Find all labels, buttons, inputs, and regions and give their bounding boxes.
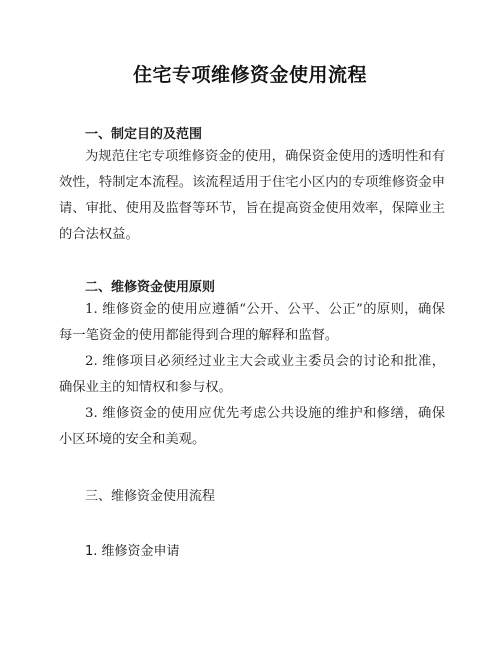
section-heading-principles: 二、维修资金使用原则 bbox=[85, 276, 215, 295]
paragraph-principle-2: 2. 维修项目必须经过业主大会或业主委员会的讨论和批准，确保业主的知情权和参与权… bbox=[59, 349, 445, 401]
section-heading-purpose: 一、制定目的及范围 bbox=[85, 123, 202, 142]
paragraph-purpose: 为规范住宅专项维修资金的使用，确保资金使用的透明性和有效性，特制定本流程。该流程… bbox=[59, 144, 445, 248]
subheading-application: 1. 维修资金申请 bbox=[85, 540, 180, 559]
document-page: 住宅专项维修资金使用流程 一、制定目的及范围 为规范住宅专项维修资金的使用，确保… bbox=[0, 0, 500, 647]
paragraph-principle-3: 3. 维修资金的使用应优先考虑公共设施的维护和修缮，确保小区环境的安全和美观。 bbox=[59, 401, 445, 453]
document-title: 住宅专项维修资金使用流程 bbox=[0, 60, 500, 87]
section-heading-process: 三、维修资金使用流程 bbox=[85, 485, 215, 504]
paragraph-principle-1: 1. 维修资金的使用应遵循“公开、公平、公正”的原则，确保每一笔资金的使用都能得… bbox=[59, 297, 445, 349]
